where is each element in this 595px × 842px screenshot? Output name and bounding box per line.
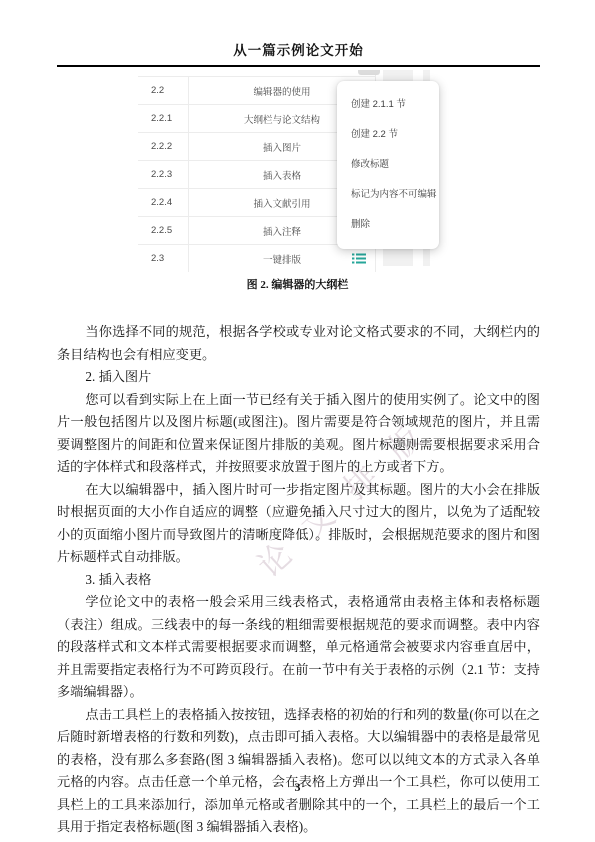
- menu-item-delete: 删除: [337, 218, 439, 232]
- outline-row-number: 2.2.3: [138, 169, 188, 180]
- outline-row-label: 一键排版: [188, 245, 375, 272]
- context-menu: 创建 2.1.1 节 创建 2.2 节 修改标题 标记为内容不可编辑 删除: [337, 81, 439, 249]
- paragraph-intro: 当你选择不同的规范，根据各学校或专业对论文格式要求的不同，大纲栏内的条目结构也会…: [57, 321, 540, 366]
- paragraph-images-2: 在大以编辑器中，插入图片时可一步指定图片及其标题。图片的大小会在排版时根据页面的…: [57, 479, 540, 569]
- figure-ui-fragment: [358, 70, 380, 75]
- menu-item-create-section: 创建 2.2 节: [337, 128, 439, 142]
- outline-row: 2.3 一键排版: [138, 245, 375, 272]
- subheading-insert-image: 2. 插入图片: [57, 366, 540, 389]
- paragraph-tables-2: 点击工具栏上的表格插入按按钮，选择表格的初始的行和列的数量(你可以在之后随时新增…: [57, 704, 540, 839]
- figure-caption: 图 2. 编辑器的大纲栏: [0, 276, 595, 292]
- page-number: 3: [0, 780, 595, 795]
- menu-item-edit-title: 修改标题: [337, 158, 439, 172]
- format-list-icon: [352, 253, 366, 264]
- outline-row-number: 2.2.5: [138, 225, 188, 236]
- outline-row-number: 2.2.4: [138, 197, 188, 208]
- figure-screenshot: 2.2 编辑器的使用 2.2.1 大纲栏与论文结构 2.2.2 插入图片 2.2…: [130, 70, 470, 272]
- outline-row-number: 2.2.1: [138, 113, 188, 124]
- outline-row-partial: [138, 70, 375, 77]
- paragraph-images-1: 您可以看到实际上在上面一节已经有关于插入图片的使用实例了。论文中的图片一般包括图…: [57, 389, 540, 479]
- outline-row-number: 2.2: [138, 85, 188, 96]
- subheading-insert-table: 3. 插入表格: [57, 569, 540, 592]
- outline-row-number: 2.3: [138, 253, 188, 264]
- page-title: 从一篇示例论文开始: [233, 43, 364, 58]
- menu-item-create-subsection: 创建 2.1.1 节: [337, 98, 439, 112]
- page-header: 从一篇示例论文开始: [57, 39, 540, 67]
- document-body: 当你选择不同的规范，根据各学校或专业对论文格式要求的不同，大纲栏内的条目结构也会…: [57, 321, 540, 839]
- document-page: 论文排版 从一篇示例论文开始 2.2 编辑器的使用 2.2.1 大纲栏与论文结构…: [0, 0, 595, 842]
- menu-item-mark-uneditable: 标记为内容不可编辑: [337, 188, 439, 202]
- paragraph-tables-1: 学位论文中的表格一般会采用三线表格式，表格通常由表格主体和表格标题（表注）组成。…: [57, 591, 540, 704]
- outline-row-number: 2.2.2: [138, 141, 188, 152]
